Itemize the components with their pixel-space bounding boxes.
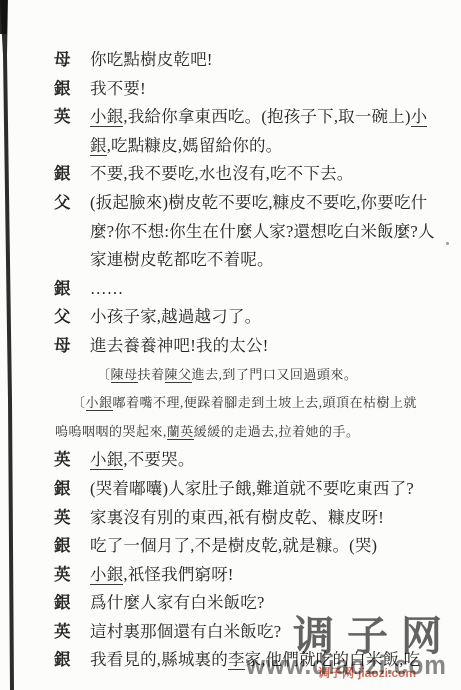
speaker-label: 銀 [54, 589, 71, 618]
line-text: 吃了一個月了,不是樹皮乾,就是糠。(哭) [90, 532, 461, 561]
dialogue-line: 父(扳起臉來)樹皮乾不要吃,糠皮不要吃,你要吃什 [0, 189, 461, 218]
speaker-label: 英 [54, 504, 71, 533]
dialogue-line: 母你吃點樹皮乾吧! [0, 46, 461, 75]
speaker-label: 銀 [54, 646, 71, 675]
dialogue-line: 銀不要,我不要吃,水也沒有,吃不下去。 [0, 160, 461, 189]
watermark-site-name: 调子网 [293, 603, 455, 662]
line-text: 麼?你不想:你生在什麼人家?還想吃白米飯麼?人 [90, 218, 461, 247]
proper-name-underline: 小銀 [86, 395, 113, 411]
proper-name-underline: 小銀 [90, 565, 123, 585]
dialogue-line: 英小銀,祇怪我們窮呀! [0, 561, 461, 590]
line-text: 小銀,祇怪我們窮呀! [90, 561, 461, 590]
proper-name-underline: 小銀 [90, 450, 123, 470]
proper-name-underline: 小銀 [90, 107, 123, 127]
speaker-label: 銀 [54, 475, 71, 504]
line-text: 家連樹皮乾都吃不着呢。 [90, 246, 461, 275]
stage-direction-line: 〔小銀嘟着嘴不理,便跺着腳走到土坡上去,頭頂在枯樹上就 [0, 389, 461, 418]
speaker-label: 父 [54, 189, 71, 218]
line-text: (哭着嘟囔)人家肚子餓,難道就不要吃東西了? [90, 475, 461, 504]
speaker-label: 父 [54, 303, 71, 332]
speaker-label: 英 [54, 103, 71, 132]
script-lines: 母你吃點樹皮乾吧!銀我不要!英小銀,我給你拿東西吃。(抱孩子下,取一碗上)小銀,… [0, 0, 461, 675]
speaker-label: 英 [54, 618, 71, 647]
line-text: 〔小銀嘟着嘴不理,便跺着腳走到土坡上去,頭頂在枯樹上就 [72, 389, 461, 418]
line-text: 你吃點樹皮乾吧! [90, 46, 461, 75]
dialogue-line: 英小銀,我給你拿東西吃。(抱孩子下,取一碗上)小 [0, 103, 461, 132]
line-text: 小銀,我給你拿東西吃。(抱孩子下,取一碗上)小 [90, 103, 461, 132]
proper-name-underline: 蘭英 [167, 424, 194, 440]
proper-name-underline: 銀 [90, 136, 107, 156]
line-text: 進去養養神吧!我的太公! [90, 332, 461, 361]
stage-direction-line: 嗚嗚咽咽的哭起來,蘭英緩緩的走過去,拉着她的手。 [0, 418, 461, 447]
speaker-label: 銀 [54, 160, 71, 189]
dialogue-line: 英小銀,不要哭。 [0, 446, 461, 475]
dialogue-line: 銀吃了一個月了,不是樹皮乾,就是糠。(哭) [0, 532, 461, 561]
stage-direction-line: 〔陳母扶着陳父進去,到了門口又回過頭來。 [0, 361, 461, 390]
line-text: 銀,吃點糠皮,媽留給你的。 [90, 132, 461, 161]
line-text: (扳起臉來)樹皮乾不要吃,糠皮不要吃,你要吃什 [90, 189, 461, 218]
speaker-label: 銀 [54, 75, 71, 104]
line-text: 〔陳母扶着陳父進去,到了門口又回過頭來。 [97, 361, 461, 390]
dialogue-line: 麼?你不想:你生在什麼人家?還想吃白米飯麼?人 [0, 218, 461, 247]
line-text: 家裏沒有別的東西,祇有樹皮乾、糠皮呀! [90, 504, 461, 533]
dialogue-line: 父小孩子家,越過越刁了。 [0, 303, 461, 332]
proper-name-underline: 陳母 [111, 367, 138, 383]
speaker-label: 銀 [54, 532, 71, 561]
dialogue-line: 母進去養養神吧!我的太公! [0, 332, 461, 361]
speaker-label: 英 [54, 561, 71, 590]
line-text: …… [90, 275, 461, 304]
proper-name-underline: 陳父 [165, 367, 192, 383]
line-text: 我不要! [90, 75, 461, 104]
dialogue-line: 銀,吃點糠皮,媽留給你的。 [0, 132, 461, 161]
dialogue-line: 英家裏沒有別的東西,祇有樹皮乾、糠皮呀! [0, 504, 461, 533]
line-text: 嗚嗚咽咽的哭起來,蘭英緩緩的走過去,拉着她的手。 [55, 418, 461, 447]
scanned-book-page: 母你吃點樹皮乾吧!銀我不要!英小銀,我給你拿東西吃。(抱孩子下,取一碗上)小銀,… [0, 0, 461, 690]
dialogue-line: 家連樹皮乾都吃不着呢。 [0, 246, 461, 275]
line-text: 小孩子家,越過越刁了。 [90, 303, 461, 332]
line-text: 小銀,不要哭。 [90, 446, 461, 475]
proper-name-underline: 李 [228, 650, 245, 670]
dialogue-line: 銀(哭着嘟囔)人家肚子餓,難道就不要吃東西了? [0, 475, 461, 504]
speaker-label: 母 [54, 332, 71, 361]
line-text: 不要,我不要吃,水也沒有,吃不下去。 [90, 160, 461, 189]
speaker-label: 母 [54, 46, 71, 75]
proper-name-underline: 小 [411, 107, 428, 127]
dialogue-line: 銀我不要! [0, 75, 461, 104]
dialogue-line: 銀…… [0, 275, 461, 304]
speaker-label: 銀 [54, 275, 71, 304]
speaker-label: 英 [54, 446, 71, 475]
